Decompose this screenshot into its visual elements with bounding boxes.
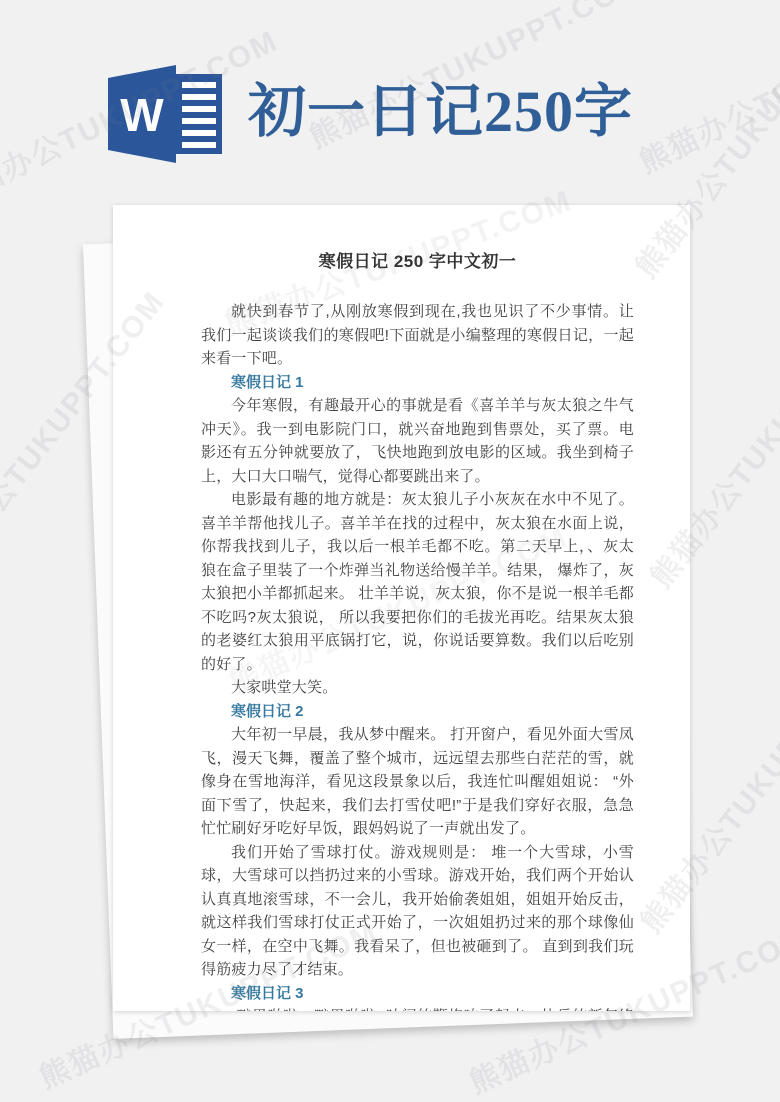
paragraph-diary2-1: 大年初一早晨，我从梦中醒来。 打开窗户，看见外面大雪凤飞，漫天飞舞，覆盖了整个城…	[201, 723, 634, 841]
page-title: 初一日记250字	[248, 78, 633, 146]
word-logo-icon: W	[102, 62, 226, 166]
paragraph-diary1-3: 大家哄堂大笑。	[201, 676, 634, 700]
paragraph-diary3-1: “噼里啪啦，噼里啪啦!”吵闹的鞭炮响了起来。快乐的新年终于	[201, 1005, 634, 1011]
paragraph-diary2-2: 我们开始了雪球打仗。游戏规则是： 堆一个大雪球，小雪球，大雪球可以挡扔过来的小雪…	[201, 841, 634, 982]
section-heading-diary-3: 寒假日记 3	[201, 982, 634, 1006]
document-title: 寒假日记 250 字中文初一	[201, 247, 634, 272]
document-page: 寒假日记 250 字中文初一 就快到春节了,从刚放寒假到现在,我也见识了不少事情…	[113, 205, 690, 1011]
page-header: W 初一日记250字	[0, 0, 780, 200]
paragraph-intro: 就快到春节了,从刚放寒假到现在,我也见识了不少事情。让我们一起谈谈我们的寒假吧!…	[201, 300, 634, 371]
section-heading-diary-2: 寒假日记 2	[201, 700, 634, 724]
svg-text:W: W	[120, 89, 164, 141]
paragraph-diary1-2: 电影最有趣的地方就是：灰太狼儿子小灰灰在水中不见了。喜羊羊帮他找儿子。喜羊羊在找…	[201, 488, 634, 676]
paragraph-diary1-1: 今年寒假，有趣最开心的事就是看《喜羊羊与灰太狼之牛气冲天》。我一到电影院门口，就…	[201, 394, 634, 488]
word-logo-svg: W	[102, 62, 226, 166]
section-heading-diary-1: 寒假日记 1	[201, 371, 634, 395]
